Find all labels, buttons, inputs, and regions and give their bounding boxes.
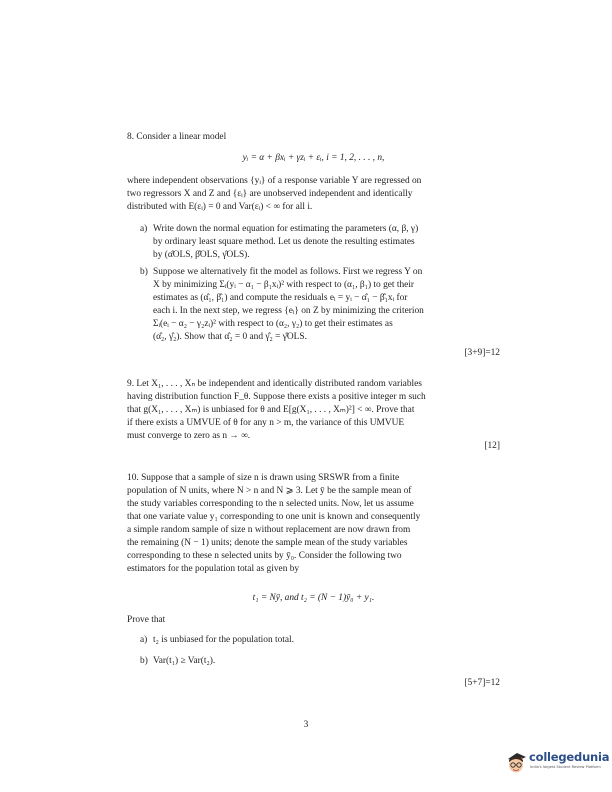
text-line: two regressors X and Z and {εᵢ} are unob…	[127, 188, 500, 201]
exam-page: 8. Consider a linear model yᵢ = α + βxᵢ …	[0, 0, 612, 792]
text-line: that g(X₁, . . . , Xₘ) is unbiased for θ…	[127, 404, 500, 417]
text-line: X by minimizing Σᵢ(yᵢ − α₁ − β₁xᵢ)² with…	[153, 279, 500, 292]
text-line: a simple random sample of size n without…	[127, 524, 500, 537]
text-line: estimators for the population total as g…	[127, 563, 500, 576]
text-line: Suppose we alternatively fit the model a…	[153, 266, 500, 279]
text-line: corresponding to these n selected units …	[127, 550, 500, 563]
brand-name: collegedunia	[529, 750, 609, 764]
q8-part-b: b) Suppose we alternatively fit the mode…	[140, 266, 500, 344]
q8-paragraph: where independent observations {yᵢ} of a…	[127, 175, 500, 214]
part-label: a)	[140, 634, 147, 647]
q8-equation: yᵢ = α + βxᵢ + γzᵢ + εᵢ, i = 1, 2, . . .…	[127, 152, 500, 165]
text-line: if there exists a UMVUE of θ for any n >…	[127, 417, 500, 430]
text-line: (α̂₂, γ̂₂). Show that α̂₂ = 0 and γ̂₂ = …	[153, 331, 500, 344]
q9-text: 9. Let X₁, . . . , Xₙ be independent and…	[127, 378, 500, 443]
text-line: 10. Suppose that a sample of size n is d…	[127, 472, 500, 485]
mascot-icon	[505, 750, 527, 774]
text-line: that one variate value y₁ corresponding …	[127, 511, 500, 524]
page-number: 3	[0, 719, 612, 732]
text-line: Σᵢ(eᵢ − α₂ − γ₂zᵢ)² with respect to (α₂,…	[153, 318, 500, 331]
part-label: a)	[140, 223, 147, 236]
collegedunia-logo: collegedunia India's largest Student Rev…	[505, 748, 609, 778]
text-line: population of N units, where N > n and N…	[127, 485, 500, 498]
text-line: estimates as (α̂₁, β̂₁) and compute the …	[153, 292, 500, 305]
text-line: 9. Let X₁, . . . , Xₙ be independent and…	[127, 378, 500, 391]
text-line: the remaining (N − 1) units; denote the …	[127, 537, 500, 550]
q10-part-b: b) Var(t₁) ≥ Var(t₂).	[140, 655, 500, 668]
text-line: by ordinary least square method. Let us …	[153, 236, 500, 249]
q8-marks: [3+9]=12	[127, 347, 500, 360]
q8-part-a: a) Write down the normal equation for es…	[140, 223, 500, 262]
text-line: where independent observations {yᵢ} of a…	[127, 175, 500, 188]
q10-prove: Prove that	[127, 614, 500, 627]
text-line: by (α̂OLS, β̂OLS, γ̂OLS).	[153, 249, 500, 262]
q8-intro: 8. Consider a linear model	[127, 131, 500, 144]
text-line: having distribution function F_θ. Suppos…	[127, 391, 500, 404]
text-line: distributed with E(εᵢ) = 0 and Var(εᵢ) <…	[127, 201, 500, 214]
q10-marks: [5+7]=12	[127, 677, 500, 690]
part-label: b)	[140, 266, 148, 279]
brand-tagline: India's largest Student Review Platform	[530, 765, 601, 769]
q9-marks: [12]	[127, 440, 500, 453]
q10-text: 10. Suppose that a sample of size n is d…	[127, 472, 500, 576]
q10-equation: t₁ = Nȳ, and t₂ = (N − 1)ȳ₀ + y₁.	[127, 592, 500, 605]
part-text: Var(t₁) ≥ Var(t₂).	[153, 655, 500, 668]
text-line: Write down the normal equation for estim…	[153, 223, 500, 236]
part-text: t₂ is unbiased for the population total.	[153, 634, 500, 647]
q10-part-a: a) t₂ is unbiased for the population tot…	[140, 634, 500, 647]
part-label: b)	[140, 655, 148, 668]
text-line: each i. In the next step, we regress {eᵢ…	[153, 305, 500, 318]
text-line: the study variables corresponding to the…	[127, 498, 500, 511]
